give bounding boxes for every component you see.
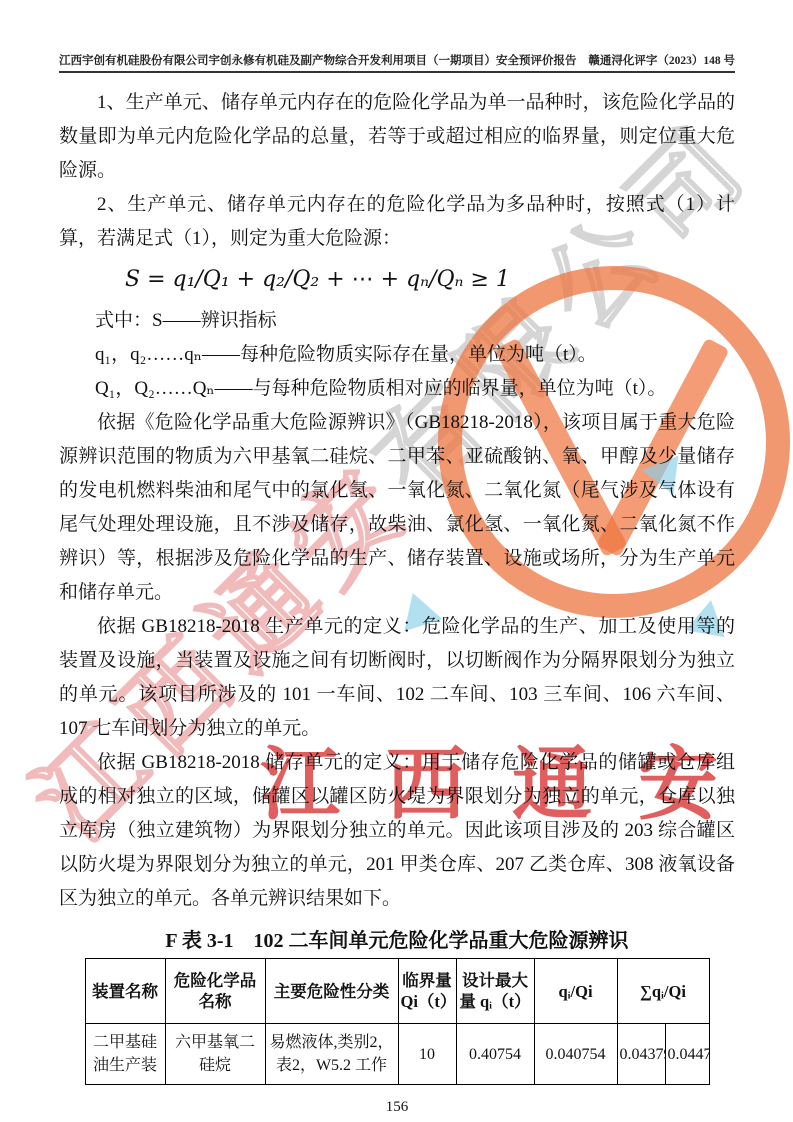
cell-hazard-class: 易燃液体,类别2，表2，W5.2 工作 (265, 1024, 398, 1085)
identification-formula: S = q₁/Q₁ + q₂/Q₂ + ⋯ + qₙ/Qₙ ≥ 1 (125, 265, 735, 295)
col-header-hazard-class: 主要危险性分类 (265, 959, 398, 1024)
col-header-device-name: 装置名称 (85, 959, 165, 1024)
cell-sum-ratio-a: 0.043794 (617, 1024, 665, 1085)
col-header-design-max-qty: 设计最大量 qᵢ（t） (456, 959, 534, 1024)
col-header-critical-qty: 临界量 Qi（t） (398, 959, 456, 1024)
paragraph-gb18218-scope: 依据《危险化学品重大危险源辨识》（GB18218-2018），该项目属于重大危险… (59, 406, 735, 610)
paragraph-multi-species: 2、生产单元、储存单元内存在的危险化学品为多品种时，按照式（1）计算，若满足式（… (59, 188, 735, 256)
header-doc-number: 赣通浔化评字（2023）148 号 (588, 52, 735, 68)
header-report-title: 江西宇创有机硅股份有限公司宇创永修有机硅及副产物综合开发利用项目（一期项目）安全… (59, 52, 577, 68)
document-page: 江西通安有限公司 江西通安 江西宇创有机硅股份有限公司宇创永修有机硅及副产物综合… (0, 0, 793, 1122)
page-header: 江西宇创有机硅股份有限公司宇创永修有机硅及副产物综合开发利用项目（一期项目）安全… (59, 52, 735, 73)
cell-sum-ratio-b: 0.044794< (665, 1024, 709, 1085)
hazard-identification-table: 装置名称 危险化学品名称 主要危险性分类 临界量 Qi（t） 设计最大量 qᵢ（… (85, 958, 710, 1085)
formula-def-q: q₁，q₂……qₙ——每种危险物质实际存在量，单位为吨（t）。 (59, 338, 735, 372)
cell-design-max-qty: 0.40754 (456, 1024, 534, 1085)
cell-chemical-name: 六甲基氧二硅烷 (165, 1024, 265, 1085)
cell-device-name: 二甲基硅油生产装 (85, 1024, 165, 1085)
paragraph-production-unit: 依据 GB18218-2018 生产单元的定义：危险化学品的生产、加工及使用等的… (59, 610, 735, 746)
formula-def-bigq: Q₁，Q₂……Qₙ——与每种危险物质相对应的临界量，单位为吨（t）。 (59, 372, 735, 406)
page-content: 江西宇创有机硅股份有限公司宇创永修有机硅及副产物综合开发利用项目（一期项目）安全… (59, 52, 735, 1116)
table-title: F 表 3-1 102 二车间单元危险化学品重大危险源辨识 (59, 924, 735, 953)
cell-critical-qty: 10 (398, 1024, 456, 1085)
col-header-qi-ratio: qᵢ/Qi (534, 959, 617, 1024)
col-header-chemical-name: 危险化学品名称 (165, 959, 265, 1024)
table-header-row: 装置名称 危险化学品名称 主要危险性分类 临界量 Qi（t） 设计最大量 qᵢ（… (85, 959, 709, 1024)
paragraph-storage-unit: 依据 GB18218-2018 储存单元的定义：用于储存危险化学品的储罐或仓库组… (59, 746, 735, 916)
table-row: 二甲基硅油生产装 六甲基氧二硅烷 易燃液体,类别2，表2，W5.2 工作 10 … (85, 1024, 709, 1085)
col-header-sum-ratio: ∑qᵢ/Qi (617, 959, 709, 1024)
paragraph-single-species: 1、生产单元、储存单元内存在的危险化学品为单一品种时，该危险化学品的数量即为单元… (59, 86, 735, 188)
cell-qi-ratio: 0.040754 (534, 1024, 617, 1085)
formula-symbol-intro: 式中：S——辨识指标 (59, 304, 735, 338)
body-text: 1、生产单元、储存单元内存在的危险化学品为单一品种时，该危险化学品的数量即为单元… (59, 86, 735, 916)
page-number: 156 (59, 1099, 735, 1116)
